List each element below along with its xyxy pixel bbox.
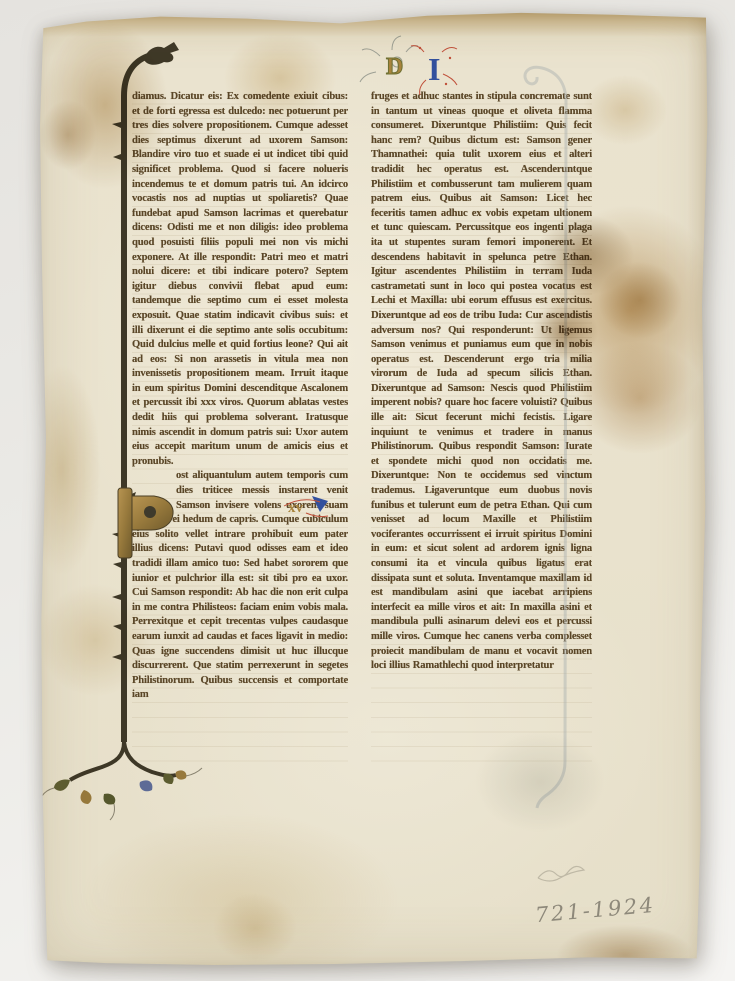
- hairline-flourishes: [42, 768, 202, 820]
- header-ornament-i: I: [428, 51, 440, 87]
- column-left-paragraph-2: ost aliquantulum autem temporis cum dies…: [132, 469, 348, 703]
- red-pen-rays: [411, 46, 457, 95]
- accession-number: 721-1924: [534, 893, 656, 927]
- initial-indent-space: [132, 469, 176, 499]
- dragon-head-finial: [144, 42, 179, 65]
- gray-pen-squiggles: [360, 36, 418, 82]
- column-right-paragraph-1: fruges et adhuc stantes in stipula concr…: [371, 90, 592, 674]
- text-column-left: diamus. Dicatur eis: Ex comedente exiuit…: [132, 90, 348, 768]
- header-ornament-d: D: [386, 54, 403, 80]
- running-title-ornaments: D I: [360, 36, 457, 95]
- trefoil-leaves: [54, 770, 186, 804]
- red-pen-dots: [419, 47, 451, 85]
- manuscript-leaf-wrapper: diamus. Dicatur eis: Ex comedente exiuit…: [40, 10, 708, 965]
- column-left-paragraph-1: diamus. Dicatur eis: Ex comedente exiuit…: [132, 90, 348, 469]
- text-column-right: fruges et adhuc stantes in stipula concr…: [371, 90, 592, 770]
- parchment-leaf: diamus. Dicatur eis: Ex comedente exiuit…: [40, 10, 708, 965]
- faint-pencil-scribble: [538, 866, 584, 881]
